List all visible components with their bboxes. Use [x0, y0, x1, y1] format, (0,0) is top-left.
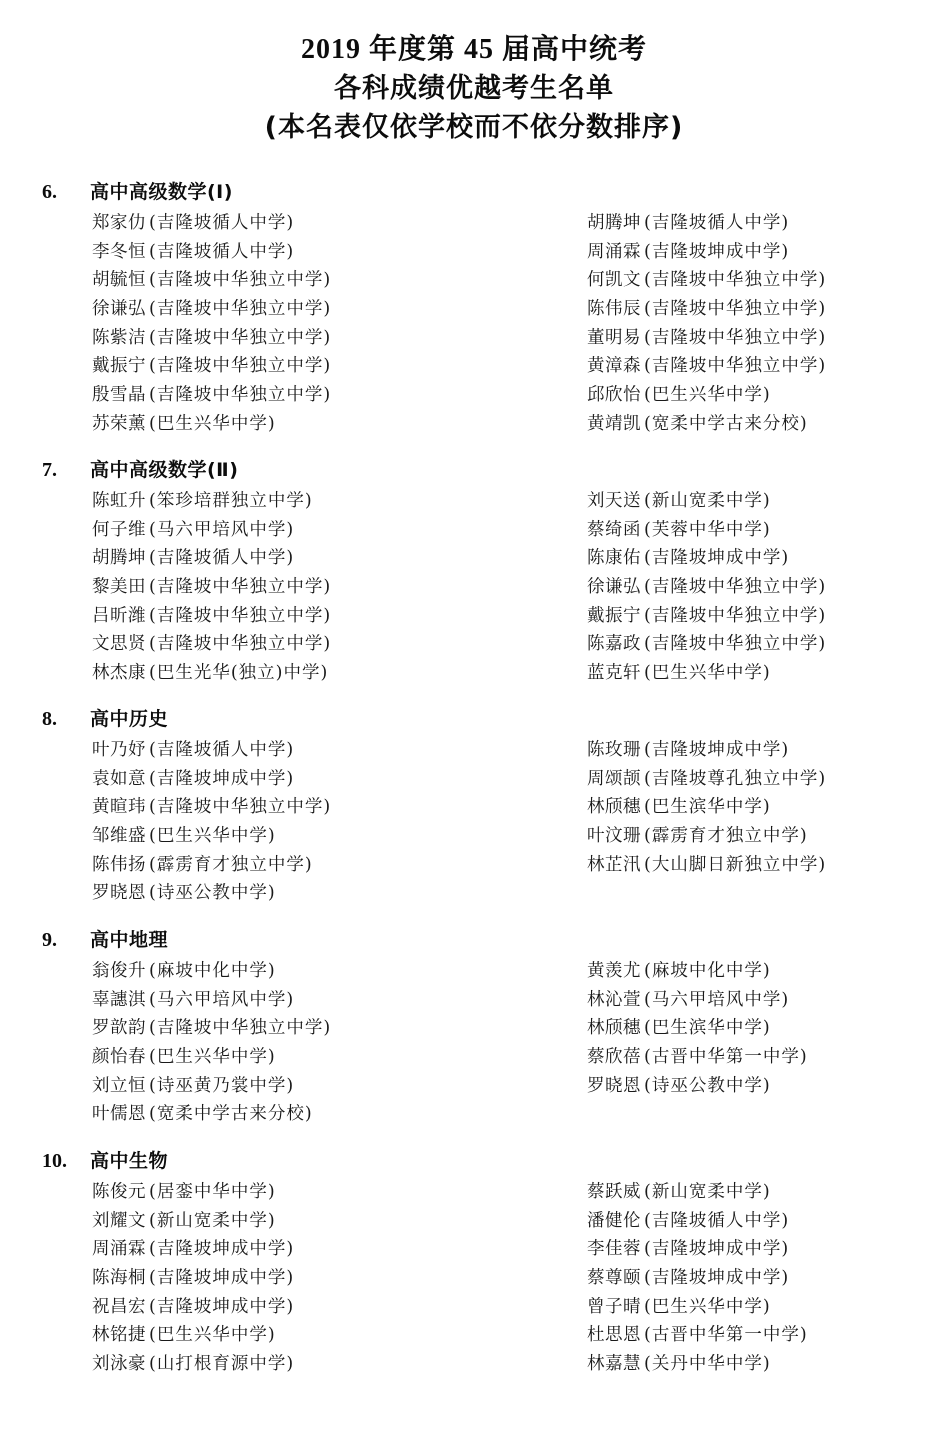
- student-entry: 罗歆韵(吉隆坡中华独立中学): [92, 1014, 331, 1043]
- student-entry: 辜譓淇(马六甲培风中学): [92, 986, 331, 1015]
- student-name: 林芷汛: [587, 851, 641, 880]
- school-name: (大山脚日新独立中学): [644, 851, 826, 880]
- student-name: 邱欣怡: [587, 381, 641, 410]
- school-name: (吉隆坡坤成中学): [644, 544, 789, 573]
- student-entry: 李佳蓉(吉隆坡坤成中学): [587, 1235, 808, 1264]
- student-name: 罗晓恩: [587, 1072, 641, 1101]
- student-entry: 林铭捷(巴生兴华中学): [92, 1321, 294, 1350]
- student-name: 辜譓淇: [92, 986, 146, 1015]
- student-name: 刘立恒: [92, 1072, 146, 1101]
- left-column: 叶乃妤(吉隆坡循人中学)袁如意(吉隆坡坤成中学)黄暄玮(吉隆坡中华独立中学)邹维…: [92, 736, 331, 908]
- student-name: 何凯文: [587, 266, 641, 295]
- student-entry: 黄靖凯(宽柔中学古来分校): [587, 410, 826, 439]
- school-name: (吉隆坡中华独立中学): [149, 602, 331, 631]
- student-entry: 林颀穗(巴生滨华中学): [587, 1014, 808, 1043]
- section-title: 高中地理: [90, 927, 168, 953]
- student-name: 戴振宁: [587, 602, 641, 631]
- school-name: (吉隆坡中华独立中学): [149, 793, 331, 822]
- student-name: 蔡跃威: [587, 1178, 641, 1207]
- section-title: 高中高级数学(Ⅱ): [90, 457, 238, 483]
- student-name: 林颀穗: [587, 793, 641, 822]
- school-name: (吉隆坡循人中学): [149, 544, 294, 573]
- student-name: 周颂颉: [587, 765, 641, 794]
- school-name: (巴生兴华中学): [149, 1043, 276, 1072]
- student-entry: 林杰康(巴生光华(独立)中学): [92, 659, 331, 688]
- student-name: 蔡绮函: [587, 516, 641, 545]
- student-entry: 陈伟辰(吉隆坡中华独立中学): [587, 295, 826, 324]
- title-line-list: 各科成绩优越考生名单: [0, 69, 948, 108]
- student-entry: 何子维(马六甲培风中学): [92, 516, 331, 545]
- school-name: (巴生兴华中学): [149, 822, 276, 851]
- school-name: (霹雳育才独立中学): [644, 822, 808, 851]
- school-name: (居銮中华中学): [149, 1178, 276, 1207]
- school-name: (吉隆坡循人中学): [149, 736, 294, 765]
- student-name: 殷雪晶: [92, 381, 146, 410]
- student-entry: 刘天送(新山宽柔中学): [587, 487, 826, 516]
- school-name: (诗巫公教中学): [644, 1072, 771, 1101]
- student-name: 林沁萱: [587, 986, 641, 1015]
- school-name: (诗巫公教中学): [149, 879, 276, 908]
- student-name: 李冬恒: [92, 238, 146, 267]
- student-entry: 黄暄玮(吉隆坡中华独立中学): [92, 793, 331, 822]
- student-name: 罗歆韵: [92, 1014, 146, 1043]
- school-name: (吉隆坡中华独立中学): [644, 573, 826, 602]
- student-entry: 林沁萱(马六甲培风中学): [587, 986, 808, 1015]
- school-name: (巴生兴华中学): [149, 410, 276, 439]
- school-name: (吉隆坡坤成中学): [644, 1264, 789, 1293]
- student-name: 叶乃妤: [92, 736, 146, 765]
- student-entry: 黎美田(吉隆坡中华独立中学): [92, 573, 331, 602]
- right-column: 刘天送(新山宽柔中学)蔡绮函(芙蓉中华中学)陈康佑(吉隆坡坤成中学)徐谦弘(吉隆…: [587, 487, 826, 688]
- student-entry: 何凯文(吉隆坡中华独立中学): [587, 266, 826, 295]
- student-entry: 陈玫珊(吉隆坡坤成中学): [587, 736, 826, 765]
- school-name: (麻坡中化中学): [149, 957, 276, 986]
- student-entry: 祝昌宏(吉隆坡坤成中学): [92, 1293, 294, 1322]
- school-name: (诗巫黄乃裳中学): [149, 1072, 294, 1101]
- student-entry: 陈紫洁(吉隆坡中华独立中学): [92, 324, 331, 353]
- school-name: (吉隆坡循人中学): [644, 1207, 789, 1236]
- section-heading: 10.高中生物: [0, 1148, 948, 1174]
- right-column: 蔡跃威(新山宽柔中学)潘健伦(吉隆坡循人中学)李佳蓉(吉隆坡坤成中学)蔡尊颐(吉…: [587, 1178, 808, 1379]
- school-name: (巴生滨华中学): [644, 793, 771, 822]
- student-name: 胡腾坤: [587, 209, 641, 238]
- school-name: (吉隆坡坤成中学): [644, 1235, 789, 1264]
- student-name: 刘泳豪: [92, 1350, 146, 1379]
- student-name: 潘健伦: [587, 1207, 641, 1236]
- section-number: 10.: [42, 1148, 67, 1174]
- student-name: 陈伟辰: [587, 295, 641, 324]
- student-name: 吕昕潍: [92, 602, 146, 631]
- student-entry: 黄羡尤(麻坡中化中学): [587, 957, 808, 986]
- student-name: 文思贤: [92, 630, 146, 659]
- student-entry: 邹维盛(巴生兴华中学): [92, 822, 331, 851]
- school-name: (吉隆坡中华独立中学): [149, 573, 331, 602]
- student-entry: 林嘉慧(关丹中华中学): [587, 1350, 808, 1379]
- section-number: 6.: [42, 179, 57, 205]
- school-name: (吉隆坡尊孔独立中学): [644, 765, 826, 794]
- school-name: (新山宽柔中学): [644, 487, 771, 516]
- student-name: 叶汶珊: [587, 822, 641, 851]
- section-heading: 7.高中高级数学(Ⅱ): [0, 457, 948, 483]
- student-entry: 吕昕潍(吉隆坡中华独立中学): [92, 602, 331, 631]
- school-name: (巴生兴华中学): [149, 1321, 276, 1350]
- school-name: (吉隆坡中华独立中学): [149, 630, 331, 659]
- title-line-year: 2019 年度第 45 届高中统考: [0, 30, 948, 69]
- school-name: (吉隆坡循人中学): [149, 209, 294, 238]
- school-name: (吉隆坡中华独立中学): [644, 602, 826, 631]
- section-heading: 6.高中高级数学(Ⅰ): [0, 179, 948, 205]
- school-name: (吉隆坡中华独立中学): [149, 1014, 331, 1043]
- student-entry: 苏荣薰(巴生兴华中学): [92, 410, 331, 439]
- school-name: (关丹中华中学): [644, 1350, 771, 1379]
- school-name: (马六甲培风中学): [644, 986, 789, 1015]
- student-entry: 蔡跃威(新山宽柔中学): [587, 1178, 808, 1207]
- student-name: 颜怡春: [92, 1043, 146, 1072]
- student-name: 陈俊元: [92, 1178, 146, 1207]
- student-entry: 罗晓恩(诗巫公教中学): [587, 1072, 808, 1101]
- section-heading: 8.高中历史: [0, 706, 948, 732]
- student-name: 周涌霖: [92, 1235, 146, 1264]
- school-name: (吉隆坡坤成中学): [149, 1264, 294, 1293]
- student-name: 陈嘉政: [587, 630, 641, 659]
- student-entry: 潘健伦(吉隆坡循人中学): [587, 1207, 808, 1236]
- student-entry: 文思贤(吉隆坡中华独立中学): [92, 630, 331, 659]
- student-entry: 陈海桐(吉隆坡坤成中学): [92, 1264, 294, 1293]
- student-name: 何子维: [92, 516, 146, 545]
- student-entry: 颜怡春(巴生兴华中学): [92, 1043, 331, 1072]
- school-name: (吉隆坡中华独立中学): [644, 266, 826, 295]
- school-name: (宽柔中学古来分校): [149, 1100, 313, 1129]
- student-name: 陈康佑: [587, 544, 641, 573]
- student-name: 曾子晴: [587, 1293, 641, 1322]
- student-name: 黎美田: [92, 573, 146, 602]
- student-entry: 胡腾坤(吉隆坡循人中学): [92, 544, 331, 573]
- student-entry: 戴振宁(吉隆坡中华独立中学): [92, 352, 331, 381]
- student-entry: 叶汶珊(霹雳育才独立中学): [587, 822, 826, 851]
- student-entry: 陈虹升(笨珍培群独立中学): [92, 487, 331, 516]
- student-name: 徐谦弘: [92, 295, 146, 324]
- student-name: 陈玫珊: [587, 736, 641, 765]
- school-name: (巴生兴华中学): [644, 1293, 771, 1322]
- school-name: (巴生滨华中学): [644, 1014, 771, 1043]
- right-column: 陈玫珊(吉隆坡坤成中学)周颂颉(吉隆坡尊孔独立中学)林颀穗(巴生滨华中学)叶汶珊…: [587, 736, 826, 879]
- school-name: (巴生兴华中学): [644, 659, 771, 688]
- school-name: (古晋中华第一中学): [644, 1321, 808, 1350]
- student-entry: 陈俊元(居銮中华中学): [92, 1178, 294, 1207]
- school-name: (吉隆坡中华独立中学): [644, 630, 826, 659]
- school-name: (吉隆坡坤成中学): [149, 765, 294, 794]
- school-name: (马六甲培风中学): [149, 516, 294, 545]
- student-name: 林杰康: [92, 659, 146, 688]
- student-name: 李佳蓉: [587, 1235, 641, 1264]
- school-name: (古晋中华第一中学): [644, 1043, 808, 1072]
- school-name: (吉隆坡中华独立中学): [644, 324, 826, 353]
- student-entry: 蔡绮函(芙蓉中华中学): [587, 516, 826, 545]
- student-entry: 徐谦弘(吉隆坡中华独立中学): [92, 295, 331, 324]
- school-name: (新山宽柔中学): [149, 1207, 276, 1236]
- school-name: (芙蓉中华中学): [644, 516, 771, 545]
- school-name: (吉隆坡中华独立中学): [644, 352, 826, 381]
- student-entry: 陈康佑(吉隆坡坤成中学): [587, 544, 826, 573]
- student-name: 黄靖凯: [587, 410, 641, 439]
- school-name: (吉隆坡中华独立中学): [149, 352, 331, 381]
- student-name: 翁俊升: [92, 957, 146, 986]
- left-column: 翁俊升(麻坡中化中学)辜譓淇(马六甲培风中学)罗歆韵(吉隆坡中华独立中学)颜怡春…: [92, 957, 331, 1129]
- section-title: 高中历史: [90, 706, 168, 732]
- left-column: 陈虹升(笨珍培群独立中学)何子维(马六甲培风中学)胡腾坤(吉隆坡循人中学)黎美田…: [92, 487, 331, 688]
- student-name: 胡腾坤: [92, 544, 146, 573]
- school-name: (吉隆坡坤成中学): [644, 736, 789, 765]
- student-name: 罗晓恩: [92, 879, 146, 908]
- student-name: 陈虹升: [92, 487, 146, 516]
- student-entry: 董明易(吉隆坡中华独立中学): [587, 324, 826, 353]
- school-name: (麻坡中化中学): [644, 957, 771, 986]
- student-name: 黄漳森: [587, 352, 641, 381]
- right-column: 黄羡尤(麻坡中化中学)林沁萱(马六甲培风中学)林颀穗(巴生滨华中学)蔡欣蓓(古晋…: [587, 957, 808, 1100]
- school-name: (吉隆坡中华独立中学): [149, 266, 331, 295]
- school-name: (马六甲培风中学): [149, 986, 294, 1015]
- student-name: 胡毓恒: [92, 266, 146, 295]
- student-name: 郑家仂: [92, 209, 146, 238]
- left-column: 陈俊元(居銮中华中学)刘耀文(新山宽柔中学)周涌霖(吉隆坡坤成中学)陈海桐(吉隆…: [92, 1178, 294, 1379]
- section-heading: 9.高中地理: [0, 927, 948, 953]
- student-name: 叶儒恩: [92, 1100, 146, 1129]
- section-title: 高中高级数学(Ⅰ): [90, 179, 233, 205]
- student-name: 周涌霖: [587, 238, 641, 267]
- student-entry: 刘泳豪(山打根育源中学): [92, 1350, 294, 1379]
- student-entry: 杜思恩(古晋中华第一中学): [587, 1321, 808, 1350]
- school-name: (宽柔中学古来分校): [644, 410, 808, 439]
- student-name: 陈伟扬: [92, 851, 146, 880]
- title-line-note: (本名表仅依学校而不依分数排序): [0, 108, 948, 147]
- student-entry: 林芷汛(大山脚日新独立中学): [587, 851, 826, 880]
- student-name: 蔡欣蓓: [587, 1043, 641, 1072]
- school-name: (霹雳育才独立中学): [149, 851, 313, 880]
- school-name: (吉隆坡坤成中学): [644, 238, 789, 267]
- school-name: (巴生兴华中学): [644, 381, 771, 410]
- student-name: 祝昌宏: [92, 1293, 146, 1322]
- school-name: (吉隆坡中华独立中学): [149, 381, 331, 410]
- student-entry: 胡毓恒(吉隆坡中华独立中学): [92, 266, 331, 295]
- school-name: (吉隆坡坤成中学): [149, 1293, 294, 1322]
- student-entry: 刘立恒(诗巫黄乃裳中学): [92, 1072, 331, 1101]
- student-name: 董明易: [587, 324, 641, 353]
- student-name: 苏荣薰: [92, 410, 146, 439]
- right-column: 胡腾坤(吉隆坡循人中学)周涌霖(吉隆坡坤成中学)何凯文(吉隆坡中华独立中学)陈伟…: [587, 209, 826, 439]
- student-entry: 徐谦弘(吉隆坡中华独立中学): [587, 573, 826, 602]
- student-name: 蓝克轩: [587, 659, 641, 688]
- section-title: 高中生物: [90, 1148, 168, 1174]
- student-entry: 叶儒恩(宽柔中学古来分校): [92, 1100, 331, 1129]
- student-entry: 陈嘉政(吉隆坡中华独立中学): [587, 630, 826, 659]
- section-number: 9.: [42, 927, 57, 953]
- student-entry: 殷雪晶(吉隆坡中华独立中学): [92, 381, 331, 410]
- student-entry: 翁俊升(麻坡中化中学): [92, 957, 331, 986]
- student-name: 林颀穗: [587, 1014, 641, 1043]
- left-column: 郑家仂(吉隆坡循人中学)李冬恒(吉隆坡循人中学)胡毓恒(吉隆坡中华独立中学)徐谦…: [92, 209, 331, 439]
- student-name: 刘耀文: [92, 1207, 146, 1236]
- student-name: 陈紫洁: [92, 324, 146, 353]
- student-name: 林铭捷: [92, 1321, 146, 1350]
- student-entry: 周颂颉(吉隆坡尊孔独立中学): [587, 765, 826, 794]
- student-entry: 陈伟扬(霹雳育才独立中学): [92, 851, 331, 880]
- student-entry: 蔡尊颐(吉隆坡坤成中学): [587, 1264, 808, 1293]
- student-entry: 周涌霖(吉隆坡坤成中学): [587, 238, 826, 267]
- student-name: 刘天送: [587, 487, 641, 516]
- school-name: (吉隆坡中华独立中学): [644, 295, 826, 324]
- school-name: (吉隆坡坤成中学): [149, 1235, 294, 1264]
- school-name: (山打根育源中学): [149, 1350, 294, 1379]
- student-entry: 叶乃妤(吉隆坡循人中学): [92, 736, 331, 765]
- section-number: 8.: [42, 706, 57, 732]
- student-entry: 林颀穗(巴生滨华中学): [587, 793, 826, 822]
- student-name: 黄暄玮: [92, 793, 146, 822]
- student-entry: 袁如意(吉隆坡坤成中学): [92, 765, 331, 794]
- student-name: 徐谦弘: [587, 573, 641, 602]
- student-entry: 周涌霖(吉隆坡坤成中学): [92, 1235, 294, 1264]
- student-entry: 郑家仂(吉隆坡循人中学): [92, 209, 331, 238]
- student-entry: 蓝克轩(巴生兴华中学): [587, 659, 826, 688]
- student-name: 袁如意: [92, 765, 146, 794]
- student-name: 蔡尊颐: [587, 1264, 641, 1293]
- student-name: 陈海桐: [92, 1264, 146, 1293]
- student-name: 林嘉慧: [587, 1350, 641, 1379]
- school-name: (笨珍培群独立中学): [149, 487, 313, 516]
- student-entry: 李冬恒(吉隆坡循人中学): [92, 238, 331, 267]
- student-entry: 黄漳森(吉隆坡中华独立中学): [587, 352, 826, 381]
- school-name: (巴生光华(独立)中学): [149, 659, 328, 688]
- student-entry: 胡腾坤(吉隆坡循人中学): [587, 209, 826, 238]
- student-name: 黄羡尤: [587, 957, 641, 986]
- school-name: (吉隆坡中华独立中学): [149, 324, 331, 353]
- student-entry: 罗晓恩(诗巫公教中学): [92, 879, 331, 908]
- student-entry: 曾子晴(巴生兴华中学): [587, 1293, 808, 1322]
- student-name: 戴振宁: [92, 352, 146, 381]
- school-name: (吉隆坡循人中学): [644, 209, 789, 238]
- school-name: (新山宽柔中学): [644, 1178, 771, 1207]
- student-entry: 戴振宁(吉隆坡中华独立中学): [587, 602, 826, 631]
- school-name: (吉隆坡中华独立中学): [149, 295, 331, 324]
- document-title: 2019 年度第 45 届高中统考 各科成绩优越考生名单 (本名表仅依学校而不依…: [0, 30, 948, 147]
- student-name: 邹维盛: [92, 822, 146, 851]
- student-name: 杜思恩: [587, 1321, 641, 1350]
- school-name: (吉隆坡循人中学): [149, 238, 294, 267]
- student-entry: 刘耀文(新山宽柔中学): [92, 1207, 294, 1236]
- section-number: 7.: [42, 457, 57, 483]
- student-entry: 蔡欣蓓(古晋中华第一中学): [587, 1043, 808, 1072]
- student-entry: 邱欣怡(巴生兴华中学): [587, 381, 826, 410]
